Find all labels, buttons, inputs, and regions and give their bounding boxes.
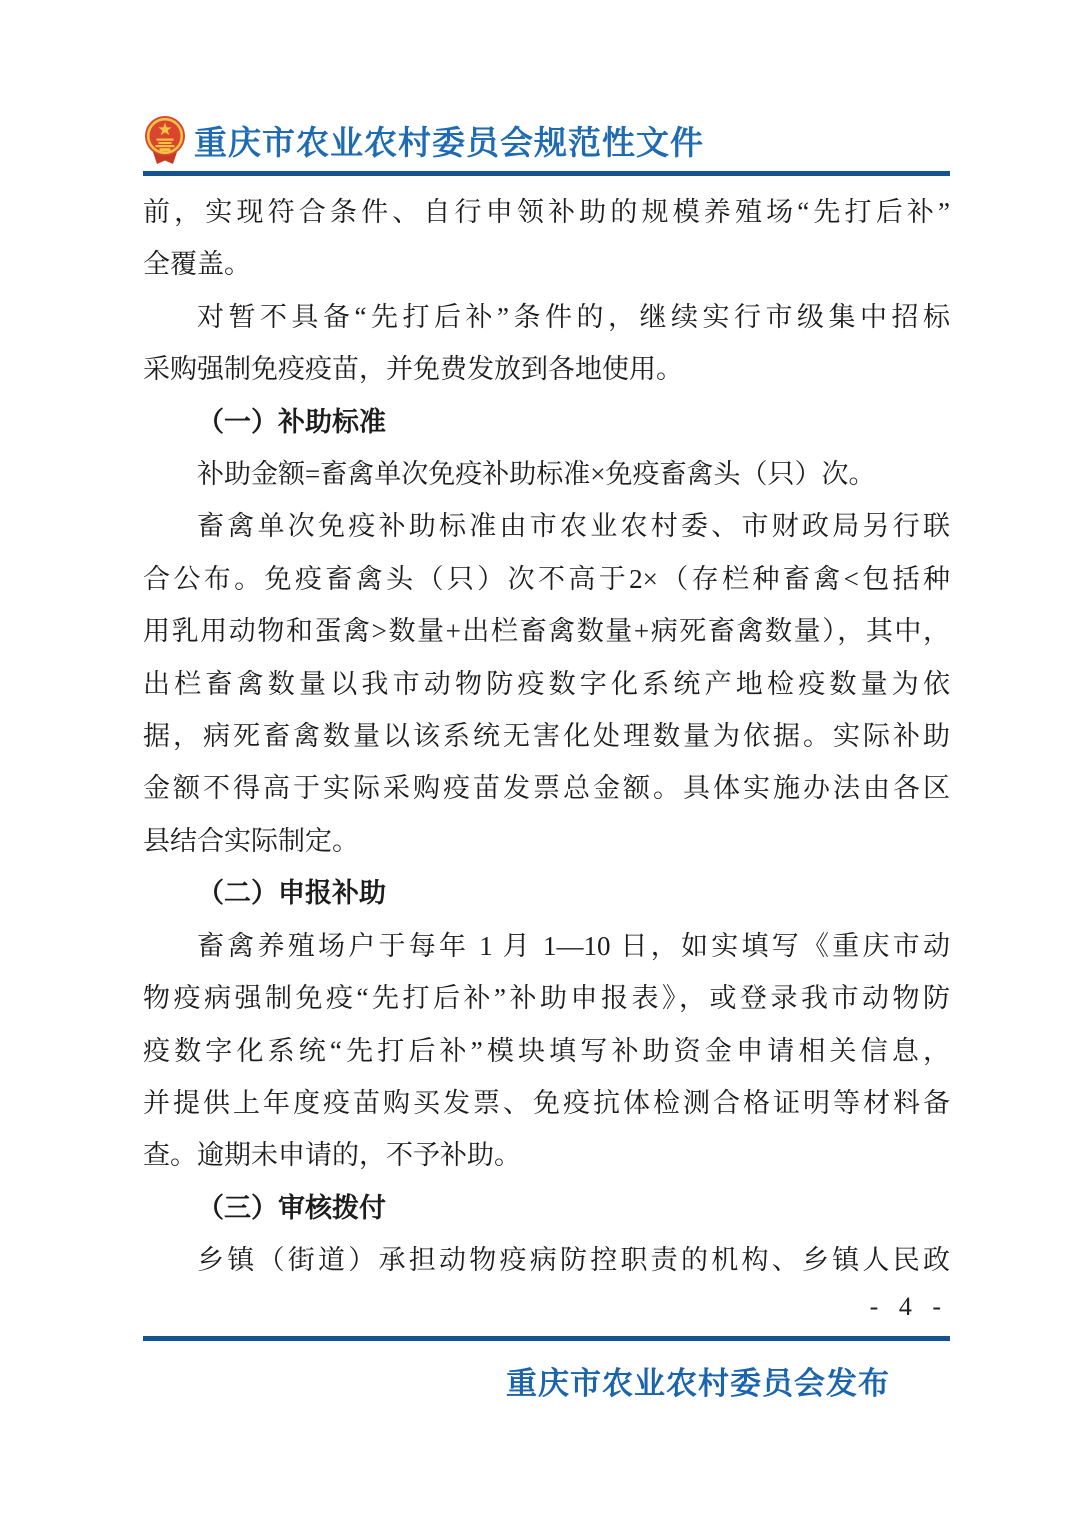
section-heading: （一）补助标准 — [143, 396, 950, 448]
document-page: 重庆市农业农村委员会规范性文件 前，实现符合条件、自行申领补助的规模养殖场“先打… — [0, 0, 1074, 1520]
body-line: 乡镇（街道）承担动物疫病防控职责的机构、乡镇人民政 — [143, 1234, 950, 1286]
footer-publisher: 重庆市农业农村委员会发布 — [143, 1358, 890, 1403]
document-body: 前，实现符合条件、自行申领补助的规模养殖场“先打后补” 全覆盖。 对暂不具备“先… — [143, 186, 950, 1287]
document-header-title: 重庆市农业农村委员会规范性文件 — [194, 117, 704, 164]
body-line: 查。逾期未申请的，不予补助。 — [143, 1129, 950, 1181]
china-national-emblem-icon — [143, 115, 187, 167]
body-line: 并提供上年度疫苗购买发票、免疫抗体检测合格证明等材料备 — [143, 1077, 950, 1129]
page-number: - 4 - — [870, 1292, 948, 1322]
section-heading: （二）申报补助 — [143, 867, 950, 919]
body-line: 疫数字化系统“先打后补”模块填写补助资金申请相关信息， — [143, 1025, 950, 1077]
body-line: 全覆盖。 — [143, 238, 950, 290]
body-line: 补助金额=畜禽单次免疫补助标准×免疫畜禽头（只）次。 — [143, 448, 950, 500]
header-rule — [143, 171, 950, 176]
body-line: 合公布。免疫畜禽头（只）次不高于2×（存栏种畜禽<包括种 — [143, 553, 950, 605]
body-line: 畜禽单次免疫补助标准由市农业农村委、市财政局另行联 — [143, 500, 950, 552]
body-line: 畜禽养殖场户于每年 1 月 1—10 日，如实填写《重庆市动 — [143, 920, 950, 972]
body-line: 用乳用动物和蛋禽>数量+出栏畜禽数量+病死畜禽数量），其中， — [143, 605, 950, 657]
body-line: 采购强制免疫疫苗，并免费发放到各地使用。 — [143, 343, 950, 395]
document-header: 重庆市农业农村委员会规范性文件 — [143, 113, 950, 168]
body-line: 金额不得高于实际采购疫苗发票总金额。具体实施办法由各区 — [143, 762, 950, 814]
body-line: 物疫病强制免疫“先打后补”补助申报表》，或登录我市动物防 — [143, 972, 950, 1024]
body-line: 出栏畜禽数量以我市动物防疫数字化系统产地检疫数量为依 — [143, 658, 950, 710]
body-line: 前，实现符合条件、自行申领补助的规模养殖场“先打后补” — [143, 186, 950, 238]
body-line: 县结合实际制定。 — [143, 815, 950, 867]
body-line: 对暂不具备“先打后补”条件的，继续实行市级集中招标 — [143, 291, 950, 343]
section-heading: （三）审核拨付 — [143, 1182, 950, 1234]
body-line: 据，病死畜禽数量以该系统无害化处理数量为依据。实际补助 — [143, 710, 950, 762]
footer-rule — [143, 1336, 950, 1341]
